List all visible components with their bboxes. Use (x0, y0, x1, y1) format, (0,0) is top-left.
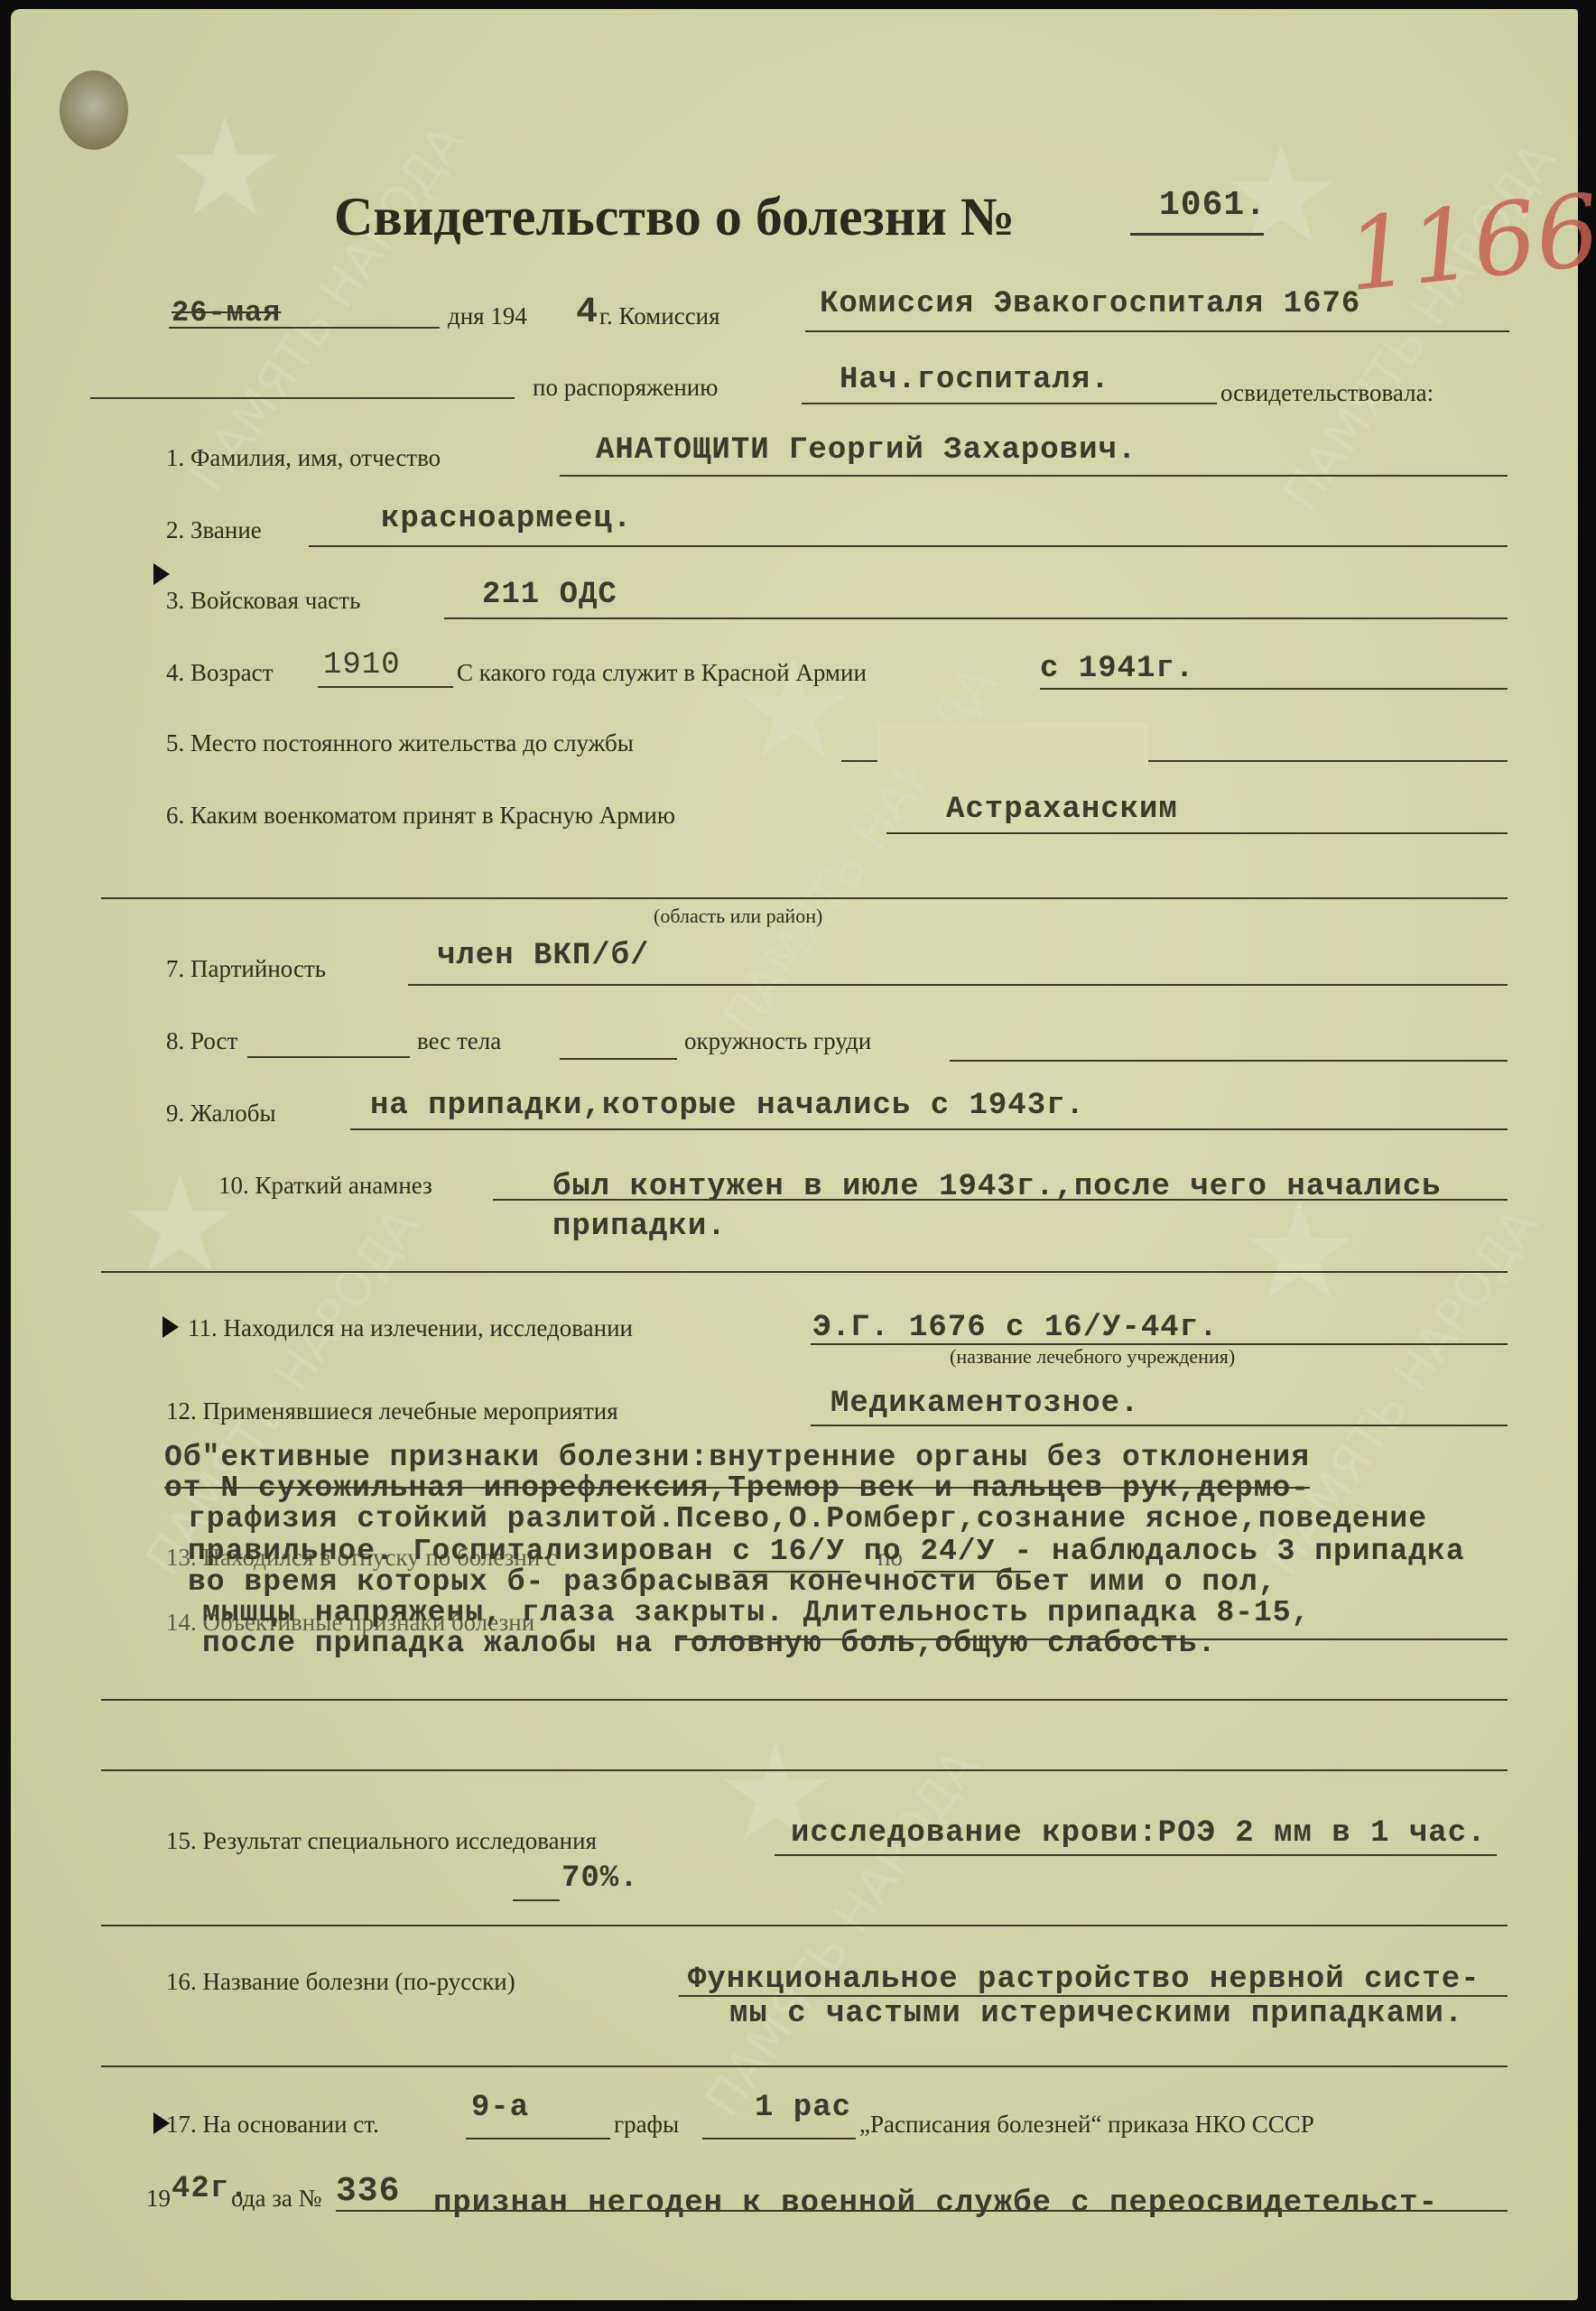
objective-line-5: во время которых б- разбрасывая конечнос… (188, 1565, 1277, 1599)
chest-underline (950, 1060, 1508, 1062)
field-15-underline2 (513, 1899, 560, 1901)
field-16-label: 16. Название болезни (по-русски) (166, 1968, 515, 1996)
order-label: по распоряжению (533, 374, 718, 402)
field-15-underline (775, 1854, 1497, 1856)
order-value: Нач.госпиталя. (840, 363, 1110, 397)
field-3-value: 211 ОДС (482, 578, 617, 612)
field-7-value: член ВКП/б/ (437, 939, 649, 973)
field-12-underline (811, 1425, 1508, 1426)
blank-line (101, 1769, 1508, 1771)
date-underline (169, 327, 440, 329)
punch-hole (60, 70, 128, 150)
commission-value: Комиссия Эвакогоспиталя 1676 (820, 287, 1360, 321)
field-10-underline (493, 1199, 1508, 1201)
objective-line-4: правильное. Госпитализирован с 16/У по 2… (188, 1535, 1465, 1568)
field-8-label3: окружность груди (684, 1027, 871, 1055)
field-10-label: 10. Краткий анамнез (218, 1172, 432, 1200)
field-16-value-line1: Функциональное растройство нервной систе… (688, 1963, 1480, 1997)
objective-line-1: Об"ективные признаки болезни:внутренние … (164, 1441, 1310, 1474)
field-1-value: АНАТОЩИТИ Георгий Захарович. (596, 433, 1137, 468)
field-10-value-line2: припадки. (552, 1210, 727, 1244)
field-4-value: 1910 (323, 648, 401, 682)
watermark-star-icon: ★ (733, 632, 854, 789)
field-4-value2: с 1941г. (1040, 652, 1194, 686)
watermark-star-icon: ★ (164, 90, 285, 247)
field-5-label: 5. Место постоянного жительства до служб… (166, 729, 634, 757)
field-11-caption: (название лечебного учреждения) (950, 1345, 1235, 1369)
field-8-label2: вес тела (417, 1027, 501, 1055)
watermark-star-icon: ★ (119, 1146, 240, 1304)
field-17-column: 1 рас (755, 2091, 851, 2125)
field-7-underline (408, 984, 1508, 986)
document-title: Свидетельство о болезни № (334, 186, 1015, 248)
commission-underline (805, 330, 1509, 332)
field-12-label: 12. Применявшиеся лечебные мероприятия (166, 1397, 618, 1425)
title-underline (1130, 233, 1264, 236)
field-17-order-number: 336 (336, 2172, 400, 2211)
field-4-underline (318, 686, 453, 688)
field-1-label: 1. Фамилия, имя, отчество (166, 444, 441, 472)
document-page: ★ ★ ★ ★ ★ ★ ПАМЯТЬ НАРОДА ПАМЯТЬ НАРОДА … (11, 9, 1578, 2300)
field-15-value-line2: 70%. (561, 1861, 639, 1896)
field-15-label: 15. Результат специального исследования (166, 1827, 597, 1855)
field-16-underline2 (101, 2065, 1508, 2067)
field-17-label-c: „Расписания болезней“ приказа НКО СССР (859, 2111, 1314, 2139)
field-4-label: 4. Возраст (166, 659, 273, 687)
field-6-caption: (область или район) (654, 905, 822, 928)
field-17-verdict: признан негоден к военной службе с перео… (433, 2186, 1438, 2221)
field-11-label: 11. Находился на излечении, исследовании (188, 1314, 633, 1342)
field-6-value: Астраханским (946, 793, 1178, 827)
field-15-value-line1: исследование крови:РОЭ 2 мм в 1 час. (791, 1816, 1487, 1851)
field-17-label-a: 17. На основании ст. (166, 2111, 379, 2139)
field-3-label: 3. Войсковая часть (166, 587, 360, 615)
order-underline (802, 403, 1217, 404)
field-16-value-line2: мы с частыми истерическими припадками. (729, 1997, 1463, 2031)
field-9-underline (350, 1128, 1508, 1130)
objective-line-3: графизия стойкий разлитой.Псево,О.Ромбер… (188, 1502, 1427, 1536)
field-3-underline (444, 617, 1508, 619)
blank-line (101, 1699, 1508, 1701)
field-1-underline (560, 475, 1508, 477)
blank-underline (90, 397, 515, 399)
field-12-value: Медикаментозное. (830, 1387, 1139, 1421)
field-2-label: 2. Звание (166, 516, 262, 544)
red-handwritten-annotation: 1166 (1341, 172, 1596, 314)
commission-label: г. Комиссия (599, 302, 720, 330)
field-2-underline (309, 545, 1508, 547)
field-9-value: на припадки,которые начались с 1943г. (370, 1089, 1085, 1123)
field-15-underline3 (101, 1925, 1508, 1926)
bullet-marker-icon (162, 1316, 179, 1338)
objective-line-7: после припадка жалобы на головную боль,о… (202, 1627, 1216, 1660)
field-17-label-d: ода за № (231, 2185, 321, 2213)
field-6-label: 6. Каким военкоматом принят в Красную Ар… (166, 802, 675, 830)
field-17-article: 9-а (471, 2091, 529, 2125)
weight-underline (560, 1058, 677, 1060)
field-11-value: Э.Г. 1676 с 16/У-44г. (812, 1311, 1218, 1345)
field-10-underline2 (101, 1271, 1508, 1273)
field-7-label: 7. Партийность (166, 955, 326, 983)
field-17-year-prefix: 19 (146, 2185, 171, 2213)
objective-line-6: мышцы напряжены, глаза закрыты. Длительн… (202, 1596, 1310, 1629)
bullet-marker-icon (153, 563, 170, 585)
field-17-column-underline (702, 2138, 856, 2139)
field-17-label-b: графы (614, 2111, 679, 2139)
field-4-label2: С какого года служит в Красной Армии (457, 659, 867, 687)
field-6-underline (886, 832, 1508, 834)
objective-line-2: от N сухожильная ипорефлексия,Тремор век… (164, 1471, 1310, 1505)
field-6-underline2 (101, 897, 1508, 899)
date-value: 26-мая (172, 296, 281, 329)
certificate-number: 1061. (1159, 186, 1267, 225)
field-8-label: 8. Рост (166, 1027, 237, 1055)
field-17-underline (336, 2210, 1508, 2212)
certified-label: освидетельствовала: (1220, 379, 1434, 407)
day-label: дня 194 (448, 302, 527, 330)
field-4-underline2 (1040, 688, 1508, 690)
field-2-value: красноармеец. (381, 502, 632, 536)
field-17-article-underline (466, 2138, 610, 2139)
height-underline (247, 1056, 410, 1058)
redacted-value (877, 722, 1148, 767)
year-digit: 4 (576, 292, 598, 333)
field-9-label: 9. Жалобы (166, 1100, 276, 1128)
